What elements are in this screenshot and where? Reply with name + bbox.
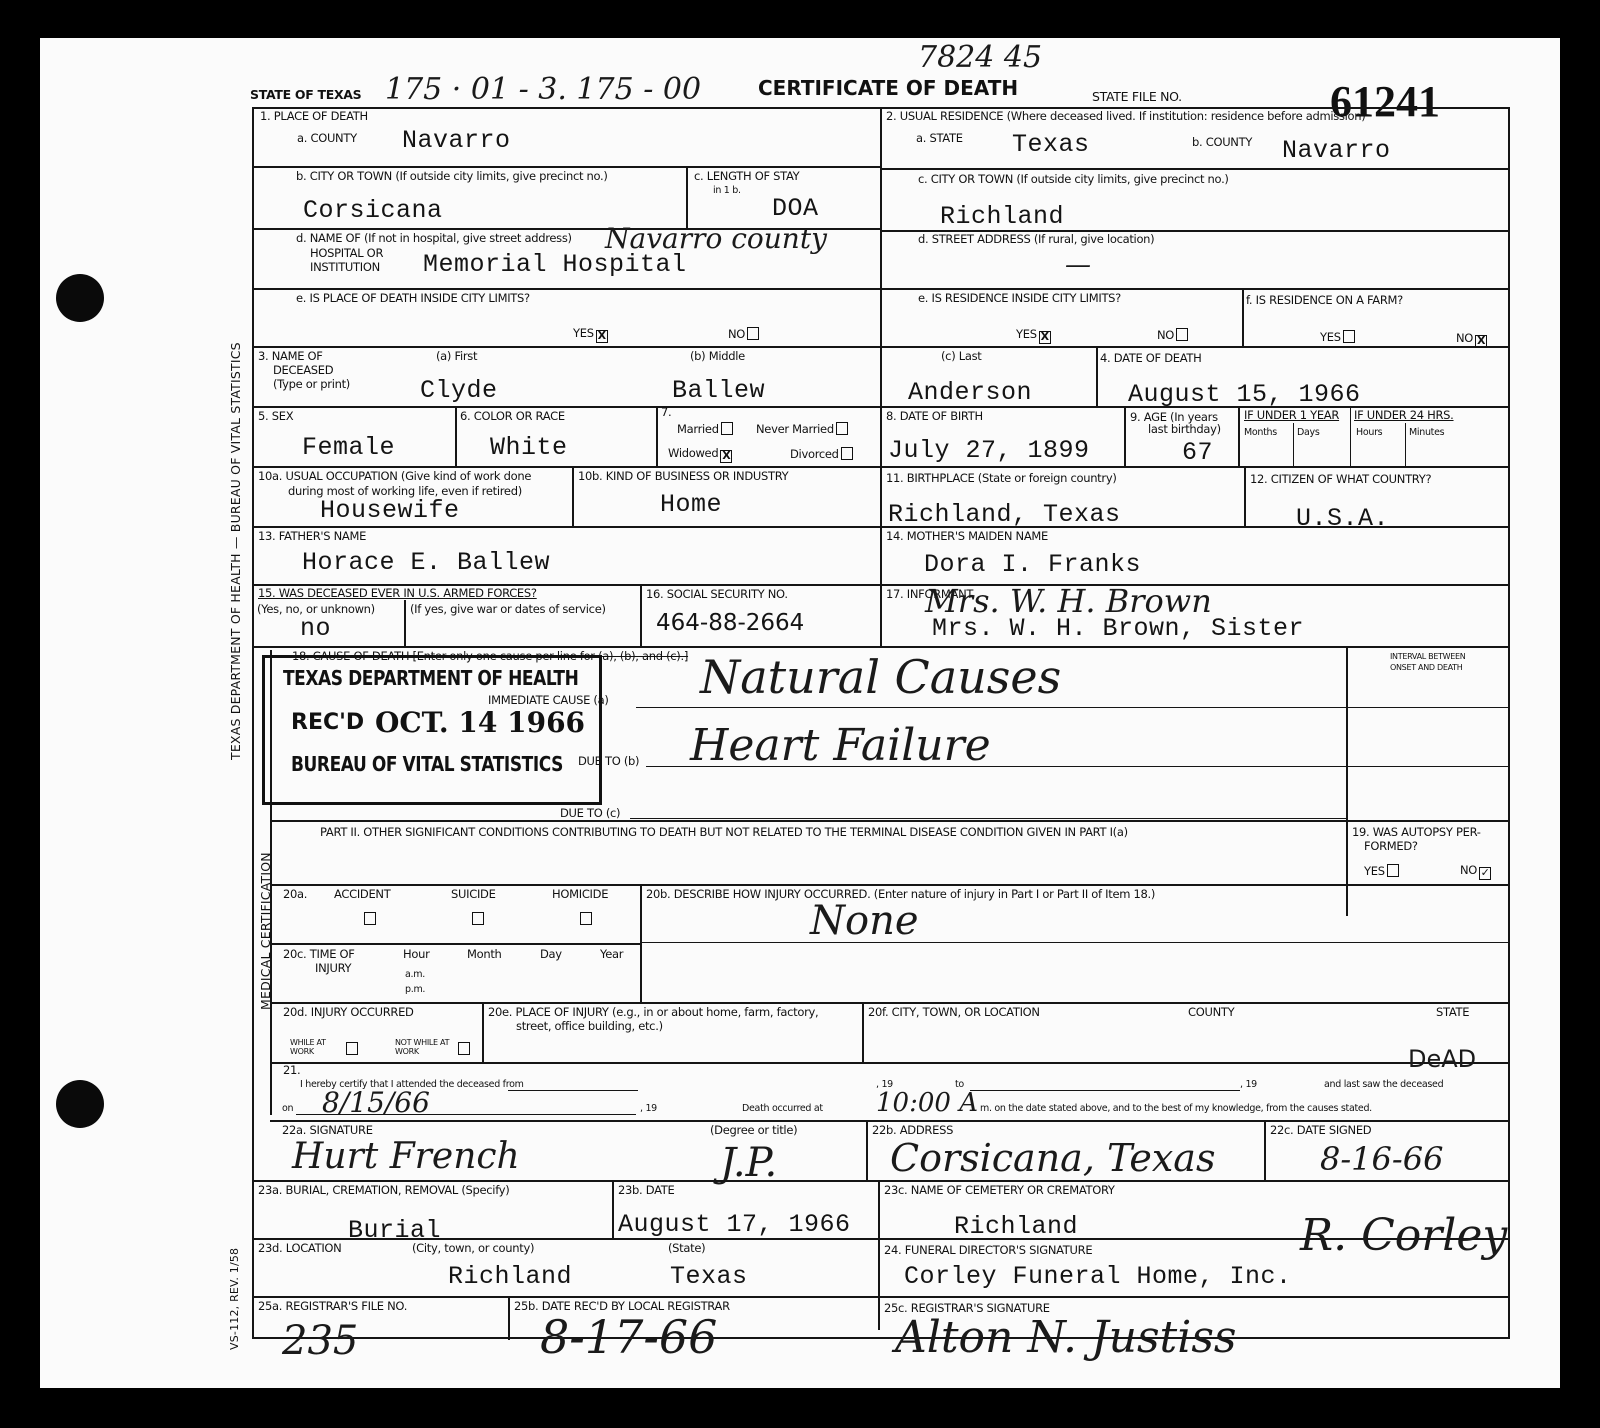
cemetery-label: 23c. NAME OF CEMETERY OR CREMATORY	[884, 1184, 1115, 1197]
autopsy-yes-option[interactable]: YES	[1364, 864, 1399, 878]
city-label: b. CITY OR TOWN (If outside city limits,…	[296, 170, 608, 183]
time-of-injury-label: 20c. TIME OF	[283, 948, 355, 961]
date-signed-value: 8-16-66	[1320, 1140, 1443, 1178]
divider	[252, 1296, 1510, 1298]
registrar-file-value: 235	[282, 1318, 358, 1364]
inside-city-limits-label: e. IS PLACE OF DEATH INSIDE CITY LIMITS?	[296, 292, 530, 305]
address-value: Corsicana, Texas	[890, 1136, 1215, 1180]
month-label: Month	[467, 948, 502, 961]
to-year: , 19	[1240, 1080, 1257, 1091]
degree-label: (Degree or title)	[710, 1124, 797, 1137]
informant-value: Mrs. W. H. Brown, Sister	[932, 614, 1304, 643]
checkbox[interactable]	[841, 447, 853, 460]
middle-name-value: Ballew	[672, 376, 765, 405]
stamp-bureau: BUREAU OF VITAL STATISTICS	[291, 752, 563, 776]
divider	[252, 1180, 1510, 1182]
race-value: White	[490, 433, 568, 462]
suicide-checkbox[interactable]	[472, 912, 484, 925]
injury-state-label: STATE	[1436, 1006, 1469, 1019]
divorced-option[interactable]: Divorced	[790, 447, 853, 461]
injury-occurred-label: 20d. INJURY OCCURRED	[283, 1006, 414, 1019]
divider	[252, 288, 880, 290]
divider	[1264, 1120, 1266, 1180]
death-inside-yes-option[interactable]: YESX	[573, 327, 608, 343]
divider	[270, 1002, 1510, 1004]
occupation-label: 10a. USUAL OCCUPATION (Give kind of work…	[258, 470, 531, 483]
divider	[1238, 406, 1240, 468]
injury-type-label: 20a.	[283, 888, 307, 901]
not-while-at-work-checkbox[interactable]	[458, 1042, 470, 1055]
part-two-label: PART II. OTHER SIGNIFICANT CONDITIONS CO…	[320, 826, 1128, 839]
death-time-value: 10:00 A	[876, 1088, 978, 1118]
disposition-label: 23a. BURIAL, CREMATION, REMOVAL (Specify…	[258, 1184, 509, 1197]
divider	[252, 346, 1510, 348]
certification-rest-text: m. on the date stated above, and to the …	[980, 1104, 1372, 1115]
place-of-injury-label: 20e. PLACE OF INJURY (e.g., in or about …	[488, 1006, 818, 1019]
checkbox[interactable]	[1176, 328, 1188, 341]
checkbox[interactable]	[1343, 330, 1355, 343]
divider	[270, 943, 640, 945]
divider	[1124, 406, 1126, 468]
mother-name-label: 14. MOTHER'S MAIDEN NAME	[886, 530, 1048, 543]
divider	[1096, 346, 1098, 408]
farm-no-option[interactable]: NOX	[1456, 332, 1487, 348]
divider	[656, 406, 658, 468]
year-label: Year	[600, 948, 623, 961]
certificate-title: CERTIFICATE OF DEATH	[758, 76, 1018, 100]
place-of-injury-label-2: street, office building, etc.)	[516, 1020, 663, 1033]
checkbox[interactable]	[747, 327, 759, 340]
age-label-2: last birthday)	[1148, 423, 1221, 436]
divider	[1346, 646, 1348, 916]
punch-hole	[56, 274, 104, 322]
location-state-label: (State)	[668, 1242, 705, 1255]
stamp-date: OCT. 14 1966	[375, 706, 585, 739]
homicide-label: HOMICIDE	[552, 888, 608, 901]
race-label: 6. COLOR OR RACE	[460, 410, 565, 423]
divider	[252, 466, 1510, 468]
under-24-hrs-label: IF UNDER 24 HRS.	[1354, 409, 1454, 422]
residence-inside-yes-option[interactable]: YESX	[1016, 328, 1051, 344]
divider	[1242, 288, 1244, 346]
location-label: 23d. LOCATION	[258, 1242, 341, 1255]
divider	[270, 1120, 1510, 1122]
immediate-cause-value: Natural Causes	[700, 650, 1061, 704]
date-signed-label: 22c. DATE SIGNED	[1270, 1124, 1371, 1137]
days-label: Days	[1297, 428, 1320, 439]
residence-city-label: c. CITY OR TOWN (If outside city limits,…	[918, 173, 1229, 186]
divider	[1346, 766, 1510, 767]
divider	[640, 884, 642, 1004]
autopsy-label-2: FORMED?	[1364, 840, 1418, 853]
occupation-value: Housewife	[320, 496, 460, 525]
length-of-stay-label: c. LENGTH OF STAY	[694, 170, 799, 183]
location-state-value: Texas	[670, 1262, 748, 1291]
divider	[878, 1180, 880, 1330]
hospital-label-3: INSTITUTION	[310, 261, 380, 274]
armed-forces-sub-2: (If yes, give war or dates of service)	[410, 603, 606, 616]
handwritten-top-number: 7824 45	[918, 40, 1042, 75]
length-of-stay-sub: in 1 b.	[713, 186, 741, 197]
father-name-label: 13. FATHER'S NAME	[258, 530, 366, 543]
divider	[1405, 423, 1406, 468]
divider	[270, 1062, 1510, 1064]
length-of-stay-value: DOA	[772, 194, 819, 223]
citizen-value: U.S.A.	[1296, 504, 1389, 533]
checkbox[interactable]: ✓	[1479, 867, 1491, 880]
suicide-label: SUICIDE	[451, 888, 496, 901]
father-name-value: Horace E. Ballew	[302, 548, 550, 577]
divider	[482, 1002, 484, 1062]
first-name-label: (a) First	[436, 350, 477, 363]
armed-forces-label: 15. WAS DECEASED EVER IN U.S. ARMED FORC…	[258, 587, 537, 600]
certification-number: 21.	[283, 1064, 300, 1077]
date-of-death-label: 4. DATE OF DEATH	[1100, 352, 1202, 365]
married-option[interactable]: Married	[677, 422, 733, 436]
checkbox[interactable]: X	[596, 330, 608, 343]
divider	[612, 1180, 614, 1238]
accident-label: ACCIDENT	[334, 888, 390, 901]
place-of-death-label: 1. PLACE OF DEATH	[260, 110, 368, 123]
stamp-department: TEXAS DEPARTMENT OF HEALTH	[283, 666, 578, 690]
death-occurred-label: Death occurred at	[742, 1104, 823, 1115]
divider	[1244, 466, 1246, 528]
department-side-label: TEXAS DEPARTMENT OF HEALTH — BUREAU OF V…	[228, 342, 243, 760]
residence-inside-no-option[interactable]: NO	[1157, 328, 1188, 342]
residence-county-label: b. COUNTY	[1192, 136, 1252, 149]
death-city-value: Corsicana	[303, 196, 443, 225]
mother-name-value: Dora I. Franks	[924, 550, 1141, 579]
divider	[508, 1090, 638, 1091]
sex-value: Female	[302, 433, 395, 462]
usual-residence-label: 2. USUAL RESIDENCE (Where deceased lived…	[886, 110, 1365, 123]
funeral-director-label: 24. FUNERAL DIRECTOR'S SIGNATURE	[884, 1244, 1092, 1257]
under-one-year-label: IF UNDER 1 YEAR	[1244, 409, 1339, 422]
time-of-injury-label-2: INJURY	[315, 962, 351, 975]
farm-yes-option[interactable]: YES	[1320, 330, 1355, 344]
divider	[252, 166, 880, 168]
never-married-option[interactable]: Never Married	[756, 422, 848, 436]
divider	[880, 168, 1510, 170]
funeral-director-value: Corley Funeral Home, Inc.	[904, 1262, 1292, 1291]
checkbox[interactable]: X	[1039, 331, 1051, 344]
punch-hole	[56, 1080, 104, 1128]
last-name-label: (c) Last	[941, 350, 982, 363]
injury-city-label: 20f. CITY, TOWN, OR LOCATION	[868, 1006, 1040, 1019]
date-of-death-value: August 15, 1966	[1128, 380, 1361, 409]
checkbox[interactable]	[1387, 864, 1399, 877]
residence-inside-limits-label: e. IS RESIDENCE INSIDE CITY LIMITS?	[918, 292, 1121, 305]
marital-status-label: 7.	[661, 406, 671, 419]
farm-label: f. IS RESIDENCE ON A FARM?	[1246, 294, 1403, 307]
residence-city-value: Richland	[940, 202, 1064, 231]
widowed-option[interactable]: WidowedX	[668, 447, 732, 463]
county-label: a. COUNTY	[297, 132, 357, 145]
divider	[270, 820, 1510, 822]
state-label: STATE OF TEXAS	[250, 88, 361, 102]
while-at-work-checkbox[interactable]	[346, 1042, 358, 1055]
accident-checkbox[interactable]	[364, 912, 376, 925]
dead-note: DeAD	[1408, 1045, 1476, 1073]
day-label: Day	[540, 948, 562, 961]
checkbox[interactable]	[836, 422, 848, 435]
divider	[270, 884, 1510, 886]
business-value: Home	[660, 490, 722, 519]
hours-label: Hours	[1356, 428, 1382, 439]
divider	[640, 584, 642, 646]
armed-forces-value: no	[300, 614, 331, 643]
deceased-name-label: 3. NAME OF	[258, 350, 323, 363]
received-stamp: TEXAS DEPARTMENT OF HEALTH REC'D OCT. 14…	[262, 655, 602, 805]
homicide-checkbox[interactable]	[580, 912, 592, 925]
birthplace-value: Richland, Texas	[888, 500, 1121, 529]
handwritten-codes: 175 · 01 - 3. 175 - 00	[385, 72, 701, 107]
burial-date-label: 23b. DATE	[618, 1184, 674, 1197]
months-label: Months	[1244, 428, 1277, 439]
divider	[252, 646, 1510, 648]
not-while-at-work-label: NOT WHILE AT WORK	[395, 1038, 451, 1056]
citizen-label: 12. CITIZEN OF WHAT COUNTRY?	[1250, 473, 1431, 486]
death-county-value: Navarro	[402, 126, 511, 155]
checkbox[interactable]	[721, 422, 733, 435]
stamp-recd: REC'D	[291, 710, 364, 735]
last-name-value: Anderson	[908, 378, 1032, 407]
autopsy-label: 19. WAS AUTOPSY PER-	[1352, 826, 1481, 839]
due-to-c-label: DUE TO (c)	[560, 807, 620, 820]
divider	[862, 1002, 864, 1062]
state-file-label: STATE FILE NO.	[1092, 90, 1182, 104]
hospital-label: d. NAME OF (If not in hospital, give str…	[296, 232, 572, 245]
last-saw-label: and last saw the deceased	[1324, 1080, 1443, 1091]
hospital-label-2: HOSPITAL OR	[310, 247, 383, 260]
hospital-value: Memorial Hospital	[423, 250, 687, 279]
divider	[296, 1114, 636, 1115]
divider	[508, 1296, 510, 1340]
am-label: a.m.	[405, 970, 425, 981]
date-of-birth-value: July 27, 1899	[888, 436, 1090, 465]
middle-name-label: (b) Middle	[690, 350, 745, 363]
divider	[630, 818, 1346, 819]
injury-county-label: COUNTY	[1188, 1006, 1234, 1019]
divider	[404, 600, 406, 646]
date-received-value: 8-17-66	[540, 1310, 717, 1364]
checkbox[interactable]: X	[1475, 335, 1487, 348]
death-inside-no-option[interactable]: NO	[728, 327, 759, 341]
funeral-director-signature: R. Corley	[1300, 1210, 1507, 1261]
registrar-signature: Alton N. Justiss	[895, 1312, 1236, 1363]
ssn-value: 464-88-2664	[656, 610, 804, 636]
divider	[1293, 423, 1294, 468]
interval-label: INTERVAL BETWEEN	[1390, 652, 1465, 661]
deceased-name-label-3: (Type or print)	[273, 378, 350, 391]
ssn-label: 16. SOCIAL SECURITY NO.	[646, 588, 788, 601]
residence-state-label: a. STATE	[916, 132, 963, 145]
form-number-label: VS-112, REV. 1/58	[228, 1248, 241, 1350]
checkbox[interactable]: X	[720, 450, 732, 463]
location-city-label: (City, town, or county)	[412, 1242, 534, 1255]
divider	[1350, 406, 1351, 468]
divider	[455, 406, 457, 468]
street-address-label: d. STREET ADDRESS (If rural, give locati…	[918, 233, 1154, 246]
divider	[880, 107, 882, 647]
residence-state-value: Texas	[1012, 130, 1090, 159]
deceased-name-label-2: DECEASED	[273, 364, 333, 377]
burial-date-value: August 17, 1966	[618, 1210, 851, 1239]
divider	[970, 1090, 1240, 1091]
divider	[640, 942, 1510, 943]
divider	[636, 707, 1346, 708]
sex-label: 5. SEX	[258, 410, 293, 423]
divider	[686, 166, 688, 228]
divider	[252, 526, 1510, 528]
divider	[1346, 707, 1510, 708]
residence-county-value: Navarro	[1282, 136, 1391, 165]
hour-label: Hour	[403, 948, 430, 961]
date-of-birth-label: 8. DATE OF BIRTH	[886, 410, 983, 423]
divider	[880, 288, 1510, 290]
interval-label-2: ONSET AND DEATH	[1390, 663, 1462, 672]
autopsy-no-option[interactable]: NO✓	[1460, 864, 1491, 880]
while-at-work-label: WHILE AT WORK	[290, 1038, 338, 1056]
divider	[866, 1120, 868, 1180]
street-address-value: —	[1065, 250, 1091, 280]
first-name-value: Clyde	[420, 376, 498, 405]
pm-label: p.m.	[405, 985, 425, 996]
physician-signature: Hurt French	[292, 1136, 520, 1177]
registrar-file-label: 25a. REGISTRAR'S FILE NO.	[258, 1300, 407, 1313]
on-year: , 19	[640, 1104, 657, 1115]
birthplace-label: 11. BIRTHPLACE (State or foreign country…	[886, 472, 1117, 485]
describe-injury-value: None	[810, 898, 919, 944]
due-to-b-value: Heart Failure	[690, 720, 991, 771]
on-label: on	[282, 1104, 293, 1115]
divider	[572, 466, 574, 528]
cemetery-value: Richland	[954, 1212, 1078, 1241]
age-value: 67	[1182, 438, 1213, 467]
minutes-label: Minutes	[1409, 428, 1444, 439]
location-city-value: Richland	[448, 1262, 572, 1291]
business-label: 10b. KIND OF BUSINESS OR INDUSTRY	[578, 470, 788, 483]
